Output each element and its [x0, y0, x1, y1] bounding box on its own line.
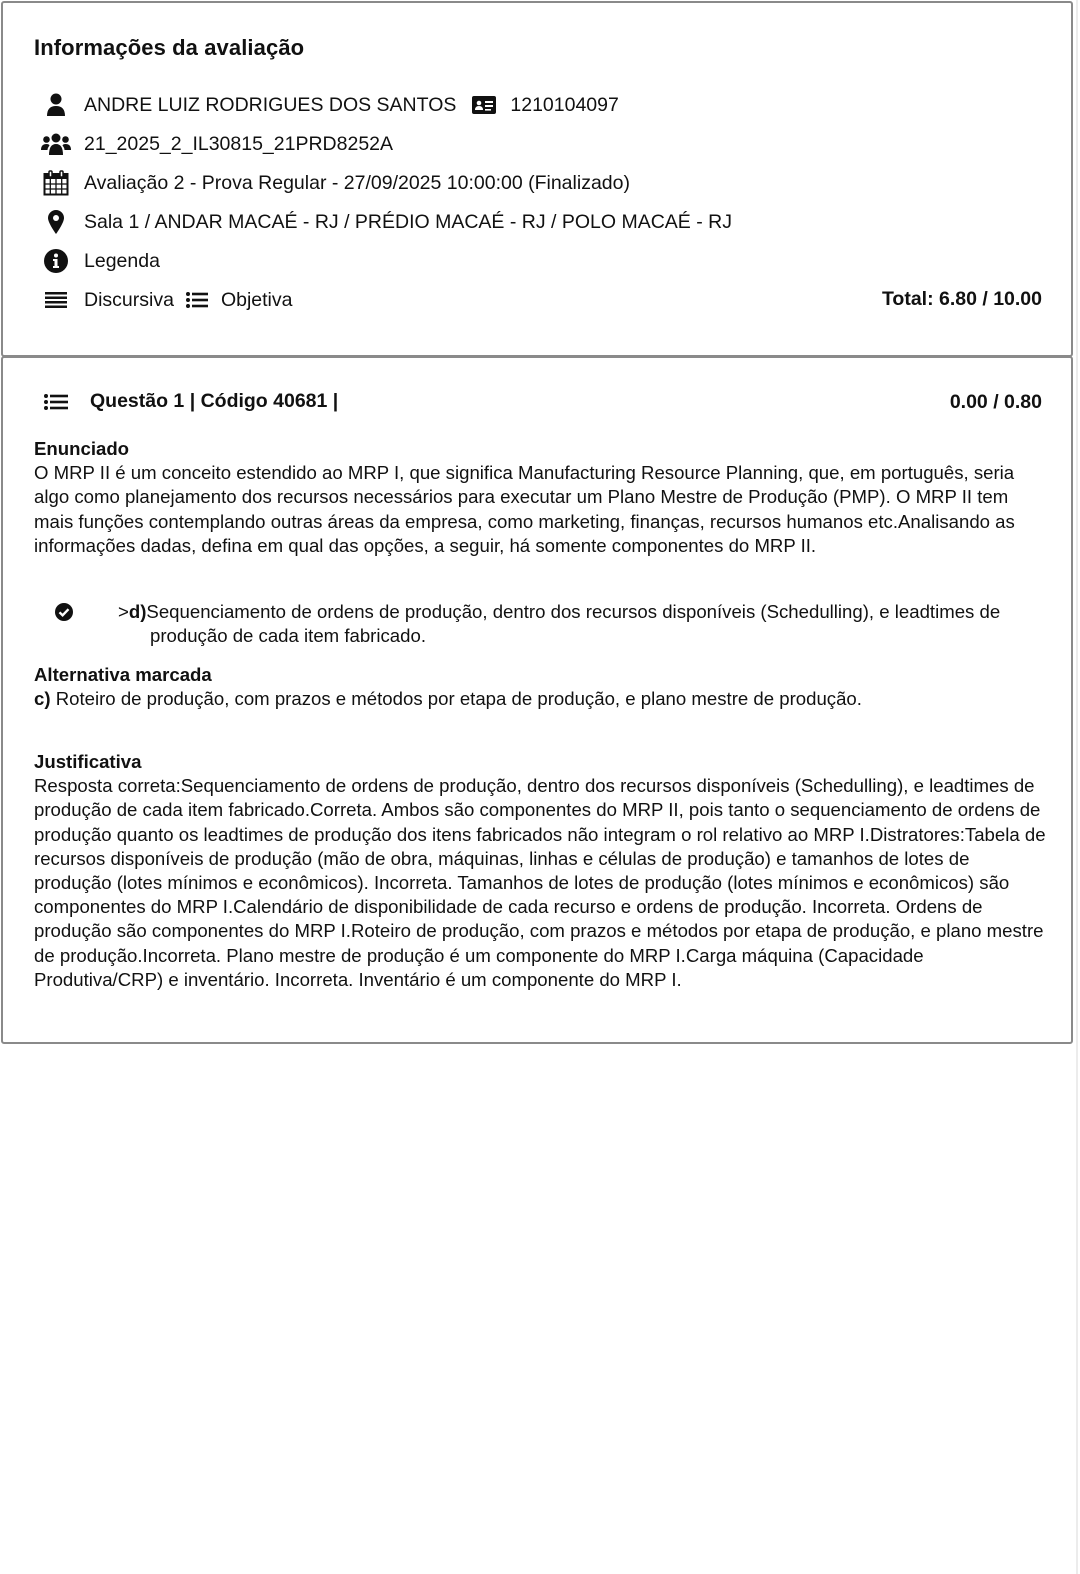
exam-info-card: Informações da avaliação ANDRE LUIZ RODR… — [1, 1, 1073, 357]
correct-prefix: > — [118, 601, 129, 622]
user-icon — [41, 92, 71, 118]
question-score: 0.00 / 0.80 — [950, 391, 1042, 414]
justification-label: Justificativa — [34, 750, 1049, 774]
statement-section: Enunciado O MRP II é um conceito estendi… — [34, 437, 1049, 558]
legend-discursive: Discursiva — [84, 289, 174, 312]
statement-label: Enunciado — [34, 437, 1049, 461]
list-icon — [186, 291, 208, 309]
location: Sala 1 / ANDAR MACAÉ - RJ / PRÉDIO MACAÉ… — [84, 211, 732, 234]
legend-objective: Objetiva — [221, 289, 293, 312]
location-row: Sala 1 / ANDAR MACAÉ - RJ / PRÉDIO MACAÉ… — [41, 208, 732, 236]
id-card-icon — [472, 96, 496, 114]
marked-text: Roteiro de produção, com prazos e método… — [51, 688, 862, 709]
map-marker-icon — [41, 209, 71, 235]
page-edge — [1076, 0, 1078, 1574]
exam-description: Avaliação 2 - Prova Regular - 27/09/2025… — [84, 172, 630, 195]
check-circle-icon — [55, 603, 73, 627]
question-title: Questão 1 | Código 40681 | — [90, 390, 338, 413]
correct-text: Sequenciamento de ordens de produção, de… — [146, 601, 1000, 646]
calendar-icon — [41, 170, 71, 196]
justification-section: Justificativa Resposta correta:Sequencia… — [34, 750, 1049, 992]
statement-text: O MRP II é um conceito estendido ao MRP … — [34, 461, 1049, 558]
student-name: ANDRE LUIZ RODRIGUES DOS SANTOS — [84, 94, 456, 117]
legend-row: Legenda — [41, 247, 160, 275]
list-icon — [41, 393, 71, 411]
info-circle-icon — [41, 248, 71, 274]
info-title: Informações da avaliação — [34, 35, 304, 61]
class-row: 21_2025_2_IL30815_21PRD8252A — [41, 130, 393, 158]
legend-label: Legenda — [84, 250, 160, 273]
marked-label: Alternativa marcada — [34, 663, 1049, 687]
total-score: Total: 6.80 / 10.00 — [882, 288, 1042, 311]
exam-row: Avaliação 2 - Prova Regular - 27/09/2025… — [41, 169, 630, 197]
student-id: 1210104097 — [510, 94, 618, 117]
question-header: Questão 1 | Código 40681 | — [41, 390, 338, 413]
justification-text: Resposta correta:Sequenciamento de orden… — [34, 774, 1049, 992]
marked-letter: c) — [34, 688, 51, 709]
marked-section: Alternativa marcada c) Roteiro de produç… — [34, 663, 1049, 711]
users-icon — [41, 131, 71, 157]
legend-types-row: Discursiva Objetiva — [41, 286, 292, 314]
correct-letter: d) — [129, 601, 147, 622]
question-card: Questão 1 | Código 40681 | 0.00 / 0.80 E… — [1, 356, 1073, 1044]
class-code: 21_2025_2_IL30815_21PRD8252A — [84, 133, 393, 156]
align-justify-icon — [41, 287, 71, 313]
student-row: ANDRE LUIZ RODRIGUES DOS SANTOS 12101040… — [41, 91, 619, 119]
